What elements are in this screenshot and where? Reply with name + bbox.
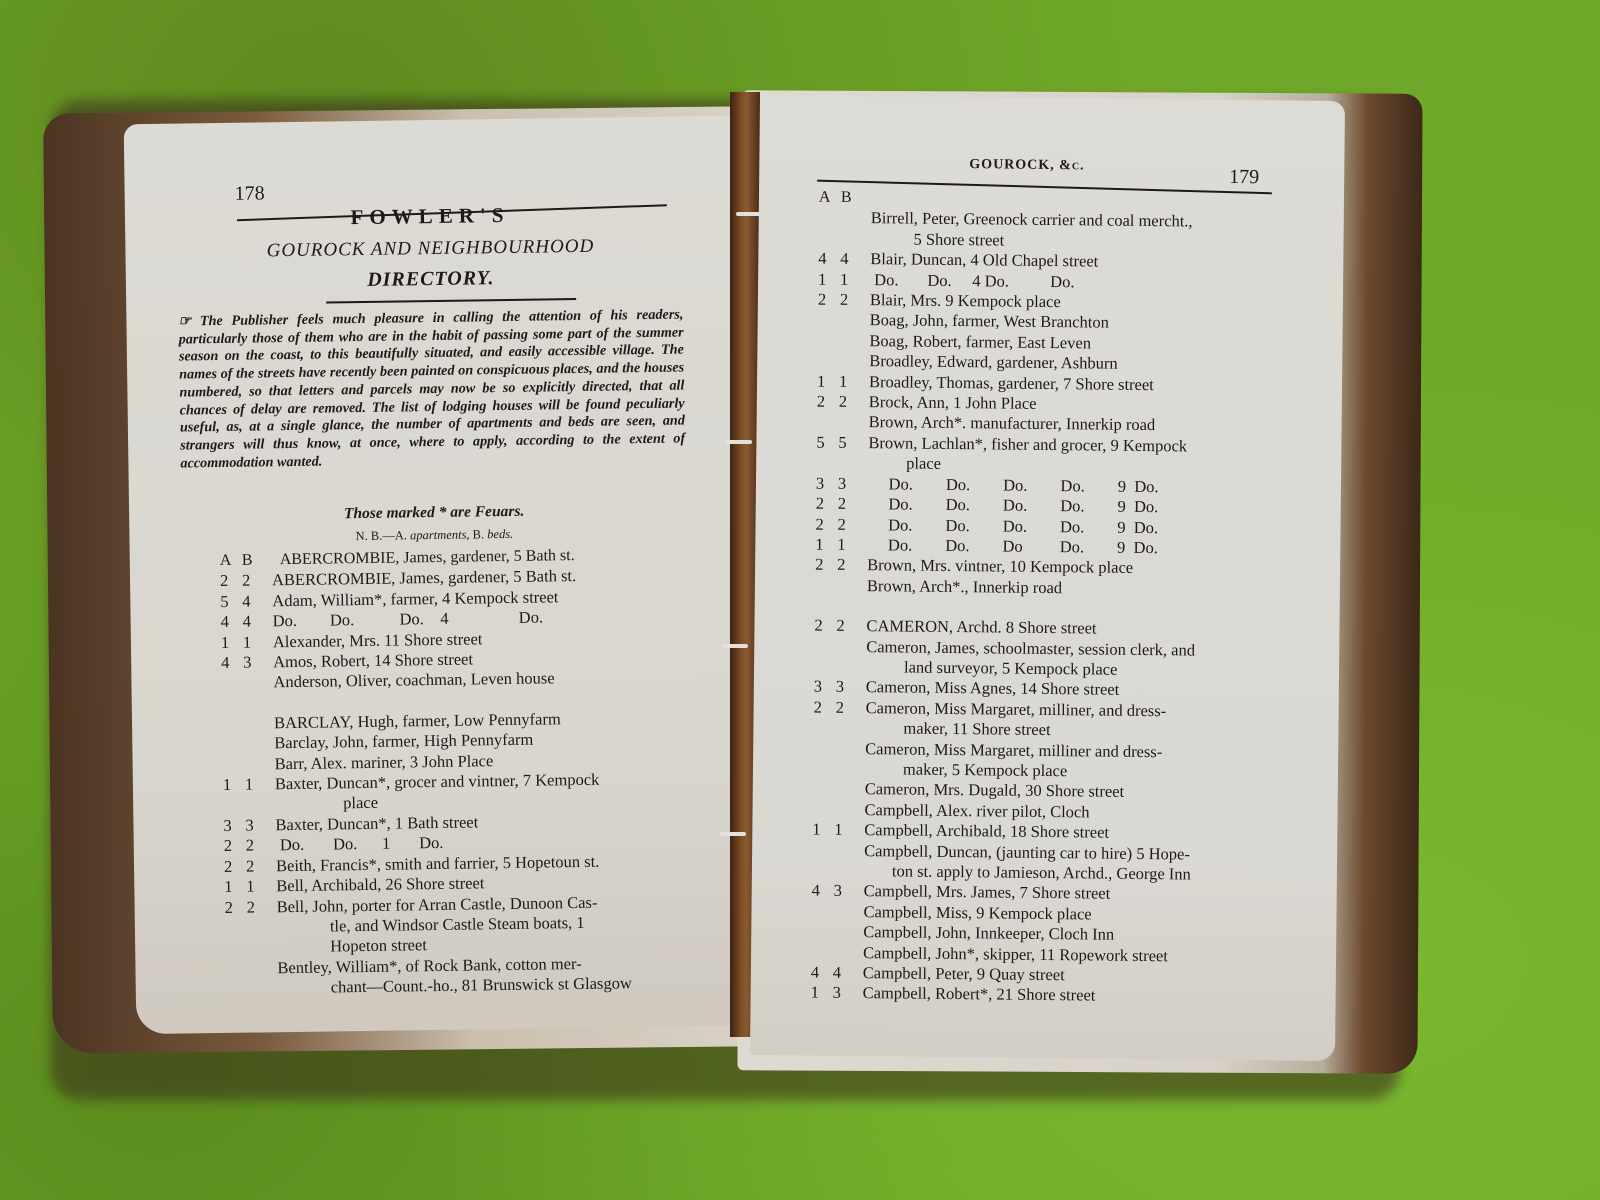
apartments-count: 5 bbox=[220, 592, 242, 613]
beds-count: 3 bbox=[836, 677, 866, 698]
apartments-count: 1 bbox=[812, 820, 834, 841]
beds-count: 4 bbox=[833, 963, 863, 984]
apartments-count: 5 bbox=[816, 432, 838, 453]
beds-count bbox=[839, 331, 869, 352]
beds-count bbox=[244, 754, 274, 775]
binding-stitch bbox=[726, 440, 752, 444]
nb-legend: N. B.—A. apartments, B. beds. bbox=[129, 524, 739, 548]
title-rule bbox=[326, 298, 576, 303]
apartments-count: 2 bbox=[224, 897, 246, 918]
beds-count: 1 bbox=[246, 876, 276, 897]
apartments-count: 3 bbox=[816, 473, 838, 494]
apartments-count bbox=[225, 958, 247, 979]
apartments-count: 3 bbox=[814, 677, 836, 698]
apartments-count: 1 bbox=[221, 632, 243, 653]
apartments-count bbox=[819, 208, 841, 229]
apartments-count: 2 bbox=[220, 571, 242, 592]
beds-count: 4 bbox=[242, 611, 272, 632]
beds-count bbox=[244, 713, 274, 734]
apartments-count bbox=[815, 575, 837, 596]
apartments-count bbox=[221, 673, 243, 694]
beds-count: 1 bbox=[243, 632, 273, 653]
apartments-count: 1 bbox=[811, 983, 833, 1004]
apartments-count: 1 bbox=[818, 269, 840, 290]
beds-count: 2 bbox=[836, 698, 866, 719]
apartments-count: 1 bbox=[223, 775, 245, 796]
beds-count bbox=[244, 734, 274, 755]
beds-count: 2 bbox=[246, 836, 276, 857]
beds-count: 1 bbox=[839, 371, 869, 392]
title-gourock: GOUROCK AND NEIGHBOURHOOD bbox=[125, 234, 735, 265]
beds-count bbox=[839, 351, 869, 372]
apartments-count bbox=[818, 310, 840, 331]
beds-count bbox=[841, 208, 871, 229]
apartments-count bbox=[814, 636, 836, 657]
apartments-count bbox=[817, 351, 839, 372]
running-head: GOUROCK, &c. bbox=[969, 157, 1084, 174]
beds-count: 5 bbox=[838, 433, 868, 454]
apartments-count: 2 bbox=[224, 836, 246, 857]
feuars-note: Those marked * are Feuars. bbox=[129, 500, 739, 527]
apartments-count bbox=[222, 754, 244, 775]
beds-count bbox=[836, 636, 866, 657]
beds-count: 2 bbox=[246, 856, 276, 877]
beds-count bbox=[247, 958, 277, 979]
beds-count bbox=[837, 576, 867, 597]
apartments-count bbox=[812, 840, 834, 861]
apartments-count bbox=[222, 734, 244, 755]
beds-count bbox=[833, 922, 863, 943]
beds-count: 3 bbox=[834, 881, 864, 902]
beds-count: 4 bbox=[242, 591, 272, 612]
apartments-count: 2 bbox=[816, 494, 838, 515]
nb-apartments: apartments, bbox=[410, 528, 470, 543]
beds-count: 2 bbox=[836, 616, 866, 637]
col-b-header: B bbox=[841, 188, 871, 209]
left-page: 178 FOWLER'S GOUROCK AND NEIGHBOURHOOD D… bbox=[124, 116, 747, 1034]
apartments-count: 4 bbox=[812, 881, 834, 902]
col-a-header: A bbox=[819, 188, 841, 209]
beds-count: 3 bbox=[833, 983, 863, 1004]
apartments-count: 1 bbox=[817, 371, 839, 392]
apartments-count bbox=[817, 330, 839, 351]
pointing-hand-icon: ☞ bbox=[178, 313, 191, 329]
col-b-header: B bbox=[242, 550, 272, 571]
apartments-count bbox=[811, 901, 833, 922]
apartments-count bbox=[812, 799, 834, 820]
apartments-count: 4 bbox=[818, 249, 840, 270]
beds-count: 3 bbox=[245, 815, 275, 836]
beds-count: 3 bbox=[243, 652, 273, 673]
beds-count: 2 bbox=[839, 392, 869, 413]
beds-count bbox=[835, 738, 865, 759]
beds-count: 1 bbox=[837, 535, 867, 556]
apartments-count bbox=[811, 942, 833, 963]
title-fowlers: FOWLER'S bbox=[125, 200, 735, 234]
binding-stitch bbox=[720, 832, 746, 836]
page-number: 178 bbox=[235, 182, 265, 205]
apartments-count bbox=[813, 779, 835, 800]
beds-count bbox=[243, 673, 273, 694]
apartments-count: 2 bbox=[814, 697, 836, 718]
beds-count: 2 bbox=[246, 897, 276, 918]
col-a-header: A bbox=[220, 551, 242, 572]
page-number: 179 bbox=[1229, 166, 1259, 189]
apartments-count: 1 bbox=[815, 534, 837, 555]
title-directory: DIRECTORY. bbox=[126, 264, 736, 296]
apartments-count bbox=[222, 714, 244, 735]
nb-beds: beds. bbox=[487, 527, 513, 541]
list-item: 13Campbell, Robert*, 21 Shore street bbox=[811, 983, 1281, 1008]
beds-count: 1 bbox=[834, 820, 864, 841]
beds-count: 2 bbox=[837, 514, 867, 535]
apartments-count bbox=[817, 412, 839, 433]
beds-count bbox=[835, 779, 865, 800]
apartments-count: 2 bbox=[815, 514, 837, 535]
right-page: GOUROCK, &c. 179 A B Birrell, Peter, Gre… bbox=[750, 95, 1345, 1061]
beds-count bbox=[833, 942, 863, 963]
apartments-count bbox=[811, 922, 833, 943]
beds-count: 4 bbox=[840, 249, 870, 270]
apartments-count: 2 bbox=[814, 616, 836, 637]
beds-count bbox=[839, 412, 869, 433]
nb-prefix: N. B.—A. bbox=[356, 528, 408, 543]
apartments-count: 4 bbox=[221, 653, 243, 674]
intro-text: The Publisher feels much pleasure in cal… bbox=[179, 307, 686, 472]
apartments-count: 2 bbox=[224, 856, 246, 877]
apartments-count: 2 bbox=[815, 555, 837, 576]
intro-paragraph: ☞ The Publisher feels much pleasure in c… bbox=[178, 307, 685, 473]
apartments-count: 4 bbox=[220, 612, 242, 633]
entry-text: Brown, Arch*., Innerkip road bbox=[867, 576, 1285, 601]
beds-count: 1 bbox=[840, 269, 870, 290]
beds-count bbox=[833, 902, 863, 923]
beds-count: 2 bbox=[840, 290, 870, 311]
beds-count: 3 bbox=[838, 473, 868, 494]
apartments-count: 2 bbox=[817, 392, 839, 413]
apartments-count bbox=[813, 738, 835, 759]
beds-count: 2 bbox=[837, 555, 867, 576]
apartments-count: 3 bbox=[223, 816, 245, 837]
entry-text: Campbell, Robert*, 21 Shore street bbox=[863, 984, 1281, 1009]
apartments-count: 4 bbox=[811, 963, 833, 984]
beds-count bbox=[840, 310, 870, 331]
directory-list-right: A B Birrell, Peter, Greenock carrier and… bbox=[811, 188, 1290, 1009]
nb-b: B. bbox=[473, 527, 485, 541]
beds-count bbox=[834, 800, 864, 821]
apartments-count: 1 bbox=[224, 877, 246, 898]
binding-stitch bbox=[722, 644, 748, 648]
beds-count: 1 bbox=[245, 774, 275, 795]
directory-list-left: A B ABERCROMBIE, James, gardener, 5 Bath… bbox=[220, 544, 726, 999]
beds-count: 2 bbox=[242, 571, 272, 592]
beds-count: 2 bbox=[838, 494, 868, 515]
apartments-count: 2 bbox=[818, 290, 840, 311]
beds-count bbox=[834, 840, 864, 861]
